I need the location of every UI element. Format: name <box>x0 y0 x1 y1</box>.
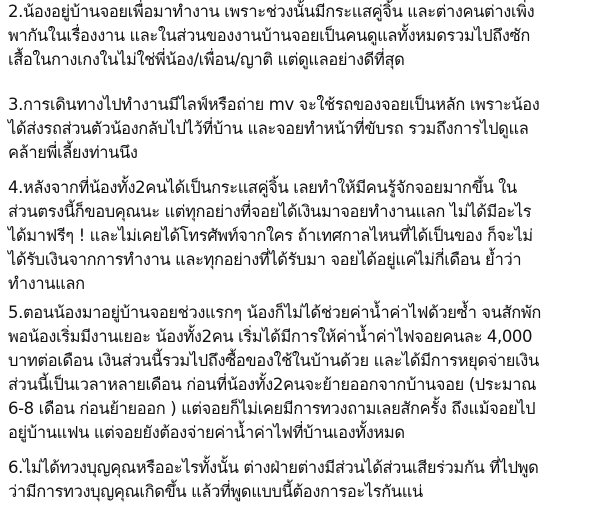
text-line: 3.การเดินทางไปทำงานมีไลฟ์หรือถ่าย mv จะใ… <box>8 93 539 117</box>
paragraph-3: 3.การเดินทางไปทำงานมีไลฟ์หรือถ่าย mv จะใ… <box>8 93 539 165</box>
text-line: เสื้อในกางเกงในไม่ใช่พี่น้อง/เพื่อน/ญาติ… <box>8 48 534 72</box>
paragraph-4: 4.หลังจากที่น้องทั้ง2คนได้เป็นกระแสคู่จิ… <box>8 176 533 296</box>
text-line: ทำงานแลก <box>8 272 533 296</box>
text-line: ส่วนนี้เป็นเวลาหลายเดือน ก่อนที่น้องทั้ง… <box>8 373 541 397</box>
text-line: คล้ายพี่เลี้ยงท่านนึง <box>8 141 539 165</box>
text-line: พากันในเรื่องงาน และในส่วนของงานบ้านจอยเ… <box>8 24 534 48</box>
text-line: 6.ไม่ได้ทวงบุญคุณหรืออะไรทั้งนั้น ต่างฝ่… <box>8 456 538 480</box>
paragraph-5: 5.ตอนน้องมาอยู่บ้านจอยช่วงแรกๆ น้องก็ไม่… <box>8 301 541 445</box>
text-line: ได้รับเงินจากการทำงาน และทุกอย่างที่ได้ร… <box>8 248 533 272</box>
text-line: ส่วนตรงนี้ก็ขอบคุณนะ แต่ทุกอย่างที่จอยได… <box>8 200 533 224</box>
text-line: 4.หลังจากที่น้องทั้ง2คนได้เป็นกระแสคู่จิ… <box>8 176 533 200</box>
text-line: ว่ามีการทวงบุญคุณเกิดขึ้น แล้วที่พูดแบบน… <box>8 480 538 504</box>
text-line: 5.ตอนน้องมาอยู่บ้านจอยช่วงแรกๆ น้องก็ไม่… <box>8 301 541 325</box>
text-line: ได้มาฟรีๆ ! และไม่เคยได้โทรศัพท์จากใคร ถ… <box>8 224 533 248</box>
text-line: 2.น้องอยู่บ้านจอยเพื่อมาทำงาน เพราะช่วงน… <box>8 0 534 24</box>
paragraph-6: 6.ไม่ได้ทวงบุญคุณหรืออะไรทั้งนั้น ต่างฝ่… <box>8 456 538 504</box>
text-line: อยู่บ้านแฟน แต่จอยยังต้องจ่ายค่าน้ำค่าไฟ… <box>8 421 541 445</box>
text-line: พอน้องเริ่มมีงานเยอะ น้องทั้ง2คน เริ่มได… <box>8 325 541 349</box>
text-line: 6-8 เดือน ก่อนย้ายออก ) แต่จอยก็ไม่เคยมี… <box>8 397 541 421</box>
text-line: บาทต่อเดือน เงินส่วนนี้รวมไปถึงซื้อของใช… <box>8 349 541 373</box>
text-line: ได้ส่งรถส่วนตัวน้องกลับไปไว้ที่บ้าน และจ… <box>8 117 539 141</box>
paragraph-2: 2.น้องอยู่บ้านจอยเพื่อมาทำงาน เพราะช่วงน… <box>8 0 534 72</box>
